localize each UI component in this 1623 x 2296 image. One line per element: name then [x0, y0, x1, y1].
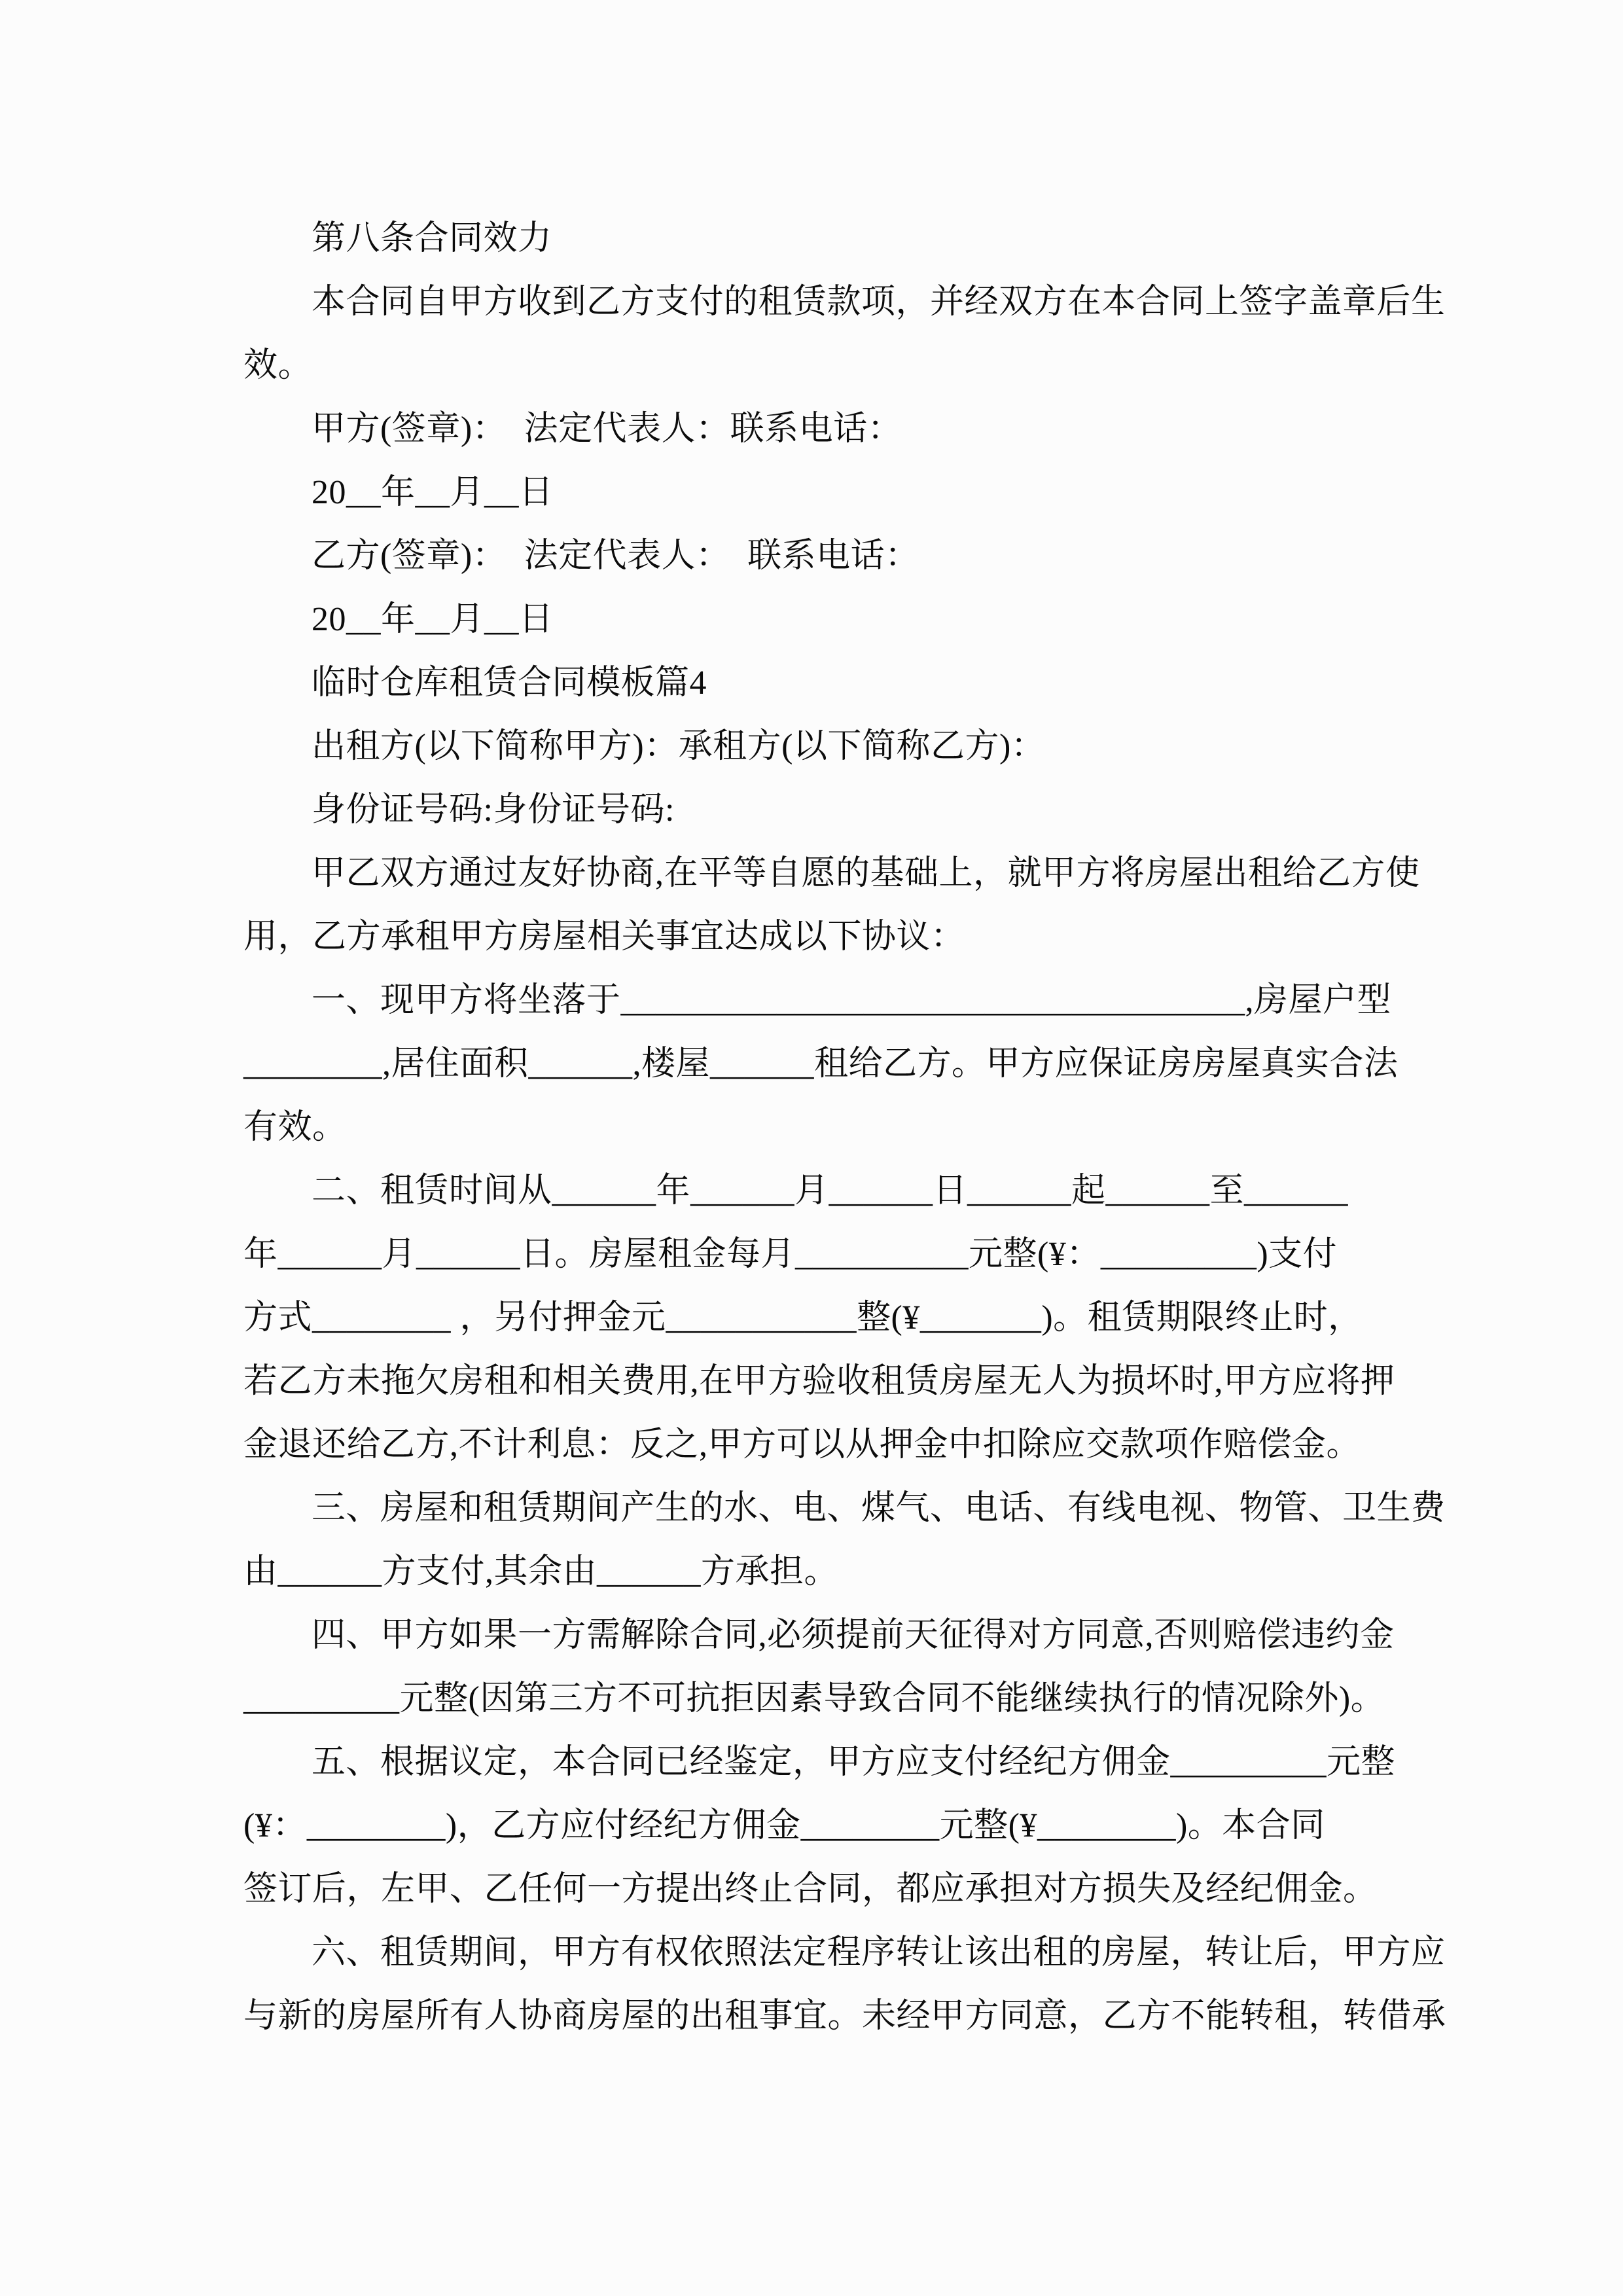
text-line: 20__年__月__日: [243, 461, 1415, 524]
contract-text-block: 第八条合同效力本合同自甲方收到乙方支付的租赁款项，并经双方在本合同上签字盖章后生…: [243, 207, 1415, 2048]
text-line: 签订后，左甲、乙任何一方提出终止合同，都应承担对方损失及经纪佣金。: [243, 1857, 1415, 1921]
text-line: 与新的房屋所有人协商房屋的出租事宜。未经甲方同意，乙方不能转租，转借承: [243, 1984, 1415, 2048]
text-line: ________,居住面积______,楼屋______租给乙方。甲方应保证房房…: [243, 1032, 1415, 1096]
text-line: 身份证号码:身份证号码:: [243, 778, 1415, 842]
text-line: 四、甲方如果一方需解除合同,必须提前天征得对方同意,否则赔偿违约金: [243, 1604, 1415, 1667]
text-line: 有效。: [243, 1096, 1415, 1159]
text-line: 六、租赁期间，甲方有权依照法定程序转让该出租的房屋，转让后，甲方应: [243, 1921, 1415, 1984]
text-line: 由______方支付,其余由______方承担。: [243, 1540, 1415, 1604]
text-line: 本合同自甲方收到乙方支付的租赁款项，并经双方在本合同上签字盖章后生: [243, 270, 1415, 334]
text-line: 出租方(以下简称甲方)：承租方(以下简称乙方)：: [243, 715, 1415, 778]
text-line: 用，乙方承租甲方房屋相关事宜达成以下协议：: [243, 905, 1415, 969]
text-line: 甲方(签章)： 法定代表人：联系电话：: [243, 397, 1415, 461]
text-line: 第八条合同效力: [243, 207, 1415, 270]
text-line: 金退还给乙方,不计利息：反之,甲方可以从押金中扣除应交款项作赔偿金。: [243, 1413, 1415, 1477]
text-line: 临时仓库租赁合同模板篇4: [243, 651, 1415, 715]
text-line: 方式________ ，另付押金元___________整(¥_______)。…: [243, 1286, 1415, 1350]
text-line: 三、房屋和租赁期间产生的水、电、煤气、电话、有线电视、物管、卫生费: [243, 1477, 1415, 1540]
text-line: 若乙方未拖欠房租和相关费用,在甲方验收租赁房屋无人为损坏时,甲方应将押: [243, 1350, 1415, 1413]
text-line: 20__年__月__日: [243, 588, 1415, 651]
document-page: 第八条合同效力本合同自甲方收到乙方支付的租赁款项，并经双方在本合同上签字盖章后生…: [0, 0, 1623, 2296]
text-line: 甲乙双方通过友好协商,在平等自愿的基础上，就甲方将房屋出租给乙方使: [243, 842, 1415, 905]
text-line: _________元整(因第三方不可抗拒因素导致合同不能继续执行的情况除外)。: [243, 1667, 1415, 1731]
text-line: 二、租赁时间从______年______月______日______起_____…: [243, 1159, 1415, 1223]
text-line: 年______月______日。房屋租金每月__________元整(¥：___…: [243, 1223, 1415, 1286]
text-line: 效。: [243, 334, 1415, 397]
text-line: 一、现甲方将坐落于_______________________________…: [243, 969, 1415, 1032]
text-line: (¥：________)，乙方应付经纪方佣金________元整(¥______…: [243, 1794, 1415, 1857]
text-line: 五、根据议定，本合同已经鉴定，甲方应支付经纪方佣金_________元整: [243, 1731, 1415, 1794]
text-line: 乙方(签章)： 法定代表人： 联系电话：: [243, 524, 1415, 588]
